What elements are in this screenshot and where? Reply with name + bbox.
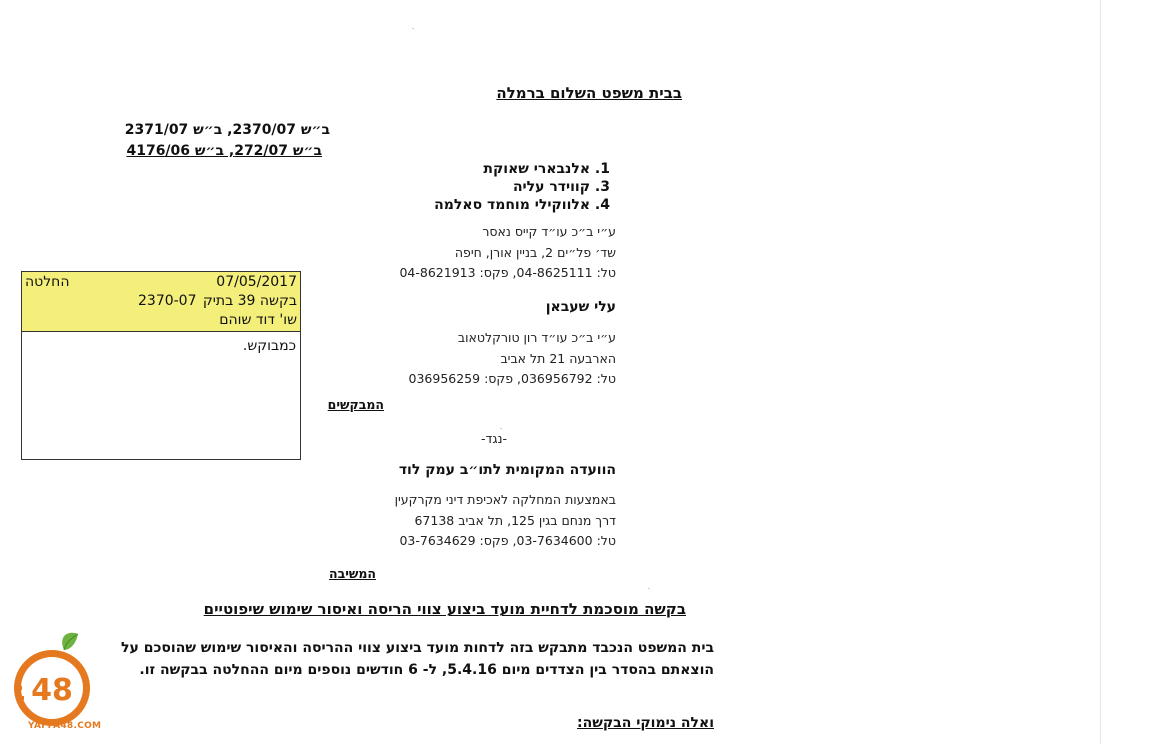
scan-speck bbox=[648, 588, 650, 589]
decision-judge: שו' דוד שוהם bbox=[219, 312, 297, 328]
case-numbers: ב״ש 2370/07, ב״ש 2371/07 ב״ש 272/07, ב״ש… bbox=[120, 120, 330, 162]
page-edge bbox=[1100, 0, 1152, 744]
lawyer3-phone: טל: 03-7634600, פקס: 03-7634629 bbox=[340, 531, 616, 552]
case-numbers-line1: ב״ש 2370/07, ב״ש 2371/07 bbox=[120, 120, 330, 141]
reasons-heading: ואלה נימוקי הבקשה: bbox=[500, 715, 714, 731]
lawyer1-name: ע״י ב״כ עו״ד קייס נאסר bbox=[380, 222, 616, 243]
court-title: בבית משפט השלום ברמלה bbox=[420, 84, 682, 102]
applicants-label: המבקשים bbox=[300, 397, 384, 412]
applicant-item: 1. אלנבארי שאוקת bbox=[380, 160, 610, 178]
lawyer1-details: ע״י ב״כ עו״ד קייס נאסר שד׳ פל״ים 2, בניי… bbox=[380, 222, 616, 284]
decision-text: כמבוקש. bbox=[243, 338, 296, 354]
decision-stamp: החלטה 07/05/2017 בקשה 39 בתיק 2370-07 שו… bbox=[21, 271, 301, 460]
applicants-list: 1. אלנבארי שאוקת 3. קווידר עליה 4. אלווק… bbox=[380, 160, 610, 214]
decision-case-number: 2370-07 bbox=[138, 293, 197, 309]
lawyer3-dept: באמצעות המחלקה לאכיפת דיני מקרקעין bbox=[340, 490, 616, 511]
applicant2-name: עלי שעבאן bbox=[420, 299, 616, 315]
logo-subtext: YAFFA48.COM bbox=[28, 721, 101, 731]
request-subject: בקשה מוסכמת לדחיית מועד ביצוע צווי הריסה… bbox=[160, 600, 686, 618]
lawyer2-phone: טל: 036956792, פקס: 036956259 bbox=[380, 369, 616, 390]
applicant-item: 4. אלווקילי מוחמד סאלמה bbox=[380, 196, 610, 214]
decision-request: בקשה 39 בתיק bbox=[203, 293, 297, 309]
decision-header: החלטה 07/05/2017 בקשה 39 בתיק 2370-07 שו… bbox=[22, 272, 300, 332]
lawyer3-details: באמצעות המחלקה לאכיפת דיני מקרקעין דרך מ… bbox=[340, 490, 616, 552]
lawyer3-address: דרך מנחם בגין 125, תל אביב 67138 bbox=[340, 511, 616, 532]
lawyer2-details: ע״י ב״כ עו״ד רון טורקלטאוב הארבעה 21 תל … bbox=[380, 328, 616, 390]
decision-type: החלטה bbox=[25, 274, 69, 290]
against-label: -נגד- bbox=[420, 431, 568, 446]
case-numbers-line2: ב״ש 272/07, ב״ש 4176/06 bbox=[120, 141, 330, 162]
lawyer1-phone: טל: 04-8625111, פקס: 04-8621913 bbox=[380, 263, 616, 284]
lawyer1-address: שד׳ פל״ים 2, בניין אורן, חיפה bbox=[380, 243, 616, 264]
document-page: בבית משפט השלום ברמלה ב״ש 2370/07, ב״ש 2… bbox=[0, 0, 1152, 744]
request-body: בית המשפט הנכבד מתבקש בזה לדחות מועד ביצ… bbox=[120, 638, 714, 681]
decision-date: 07/05/2017 bbox=[216, 274, 297, 290]
respondent-name: הוועדה המקומית לתו״ב עמק לוד bbox=[300, 462, 616, 478]
svg-text:48: 48 bbox=[31, 673, 73, 708]
lawyer2-name: ע״י ב״כ עו״ד רון טורקלטאוב bbox=[380, 328, 616, 349]
applicant-item: 3. קווידר עליה bbox=[380, 178, 610, 196]
respondent-label: המשיבה bbox=[300, 566, 376, 581]
scan-speck bbox=[500, 428, 502, 429]
scan-speck bbox=[412, 28, 414, 29]
lawyer2-address: הארבעה 21 תל אביב bbox=[380, 349, 616, 370]
